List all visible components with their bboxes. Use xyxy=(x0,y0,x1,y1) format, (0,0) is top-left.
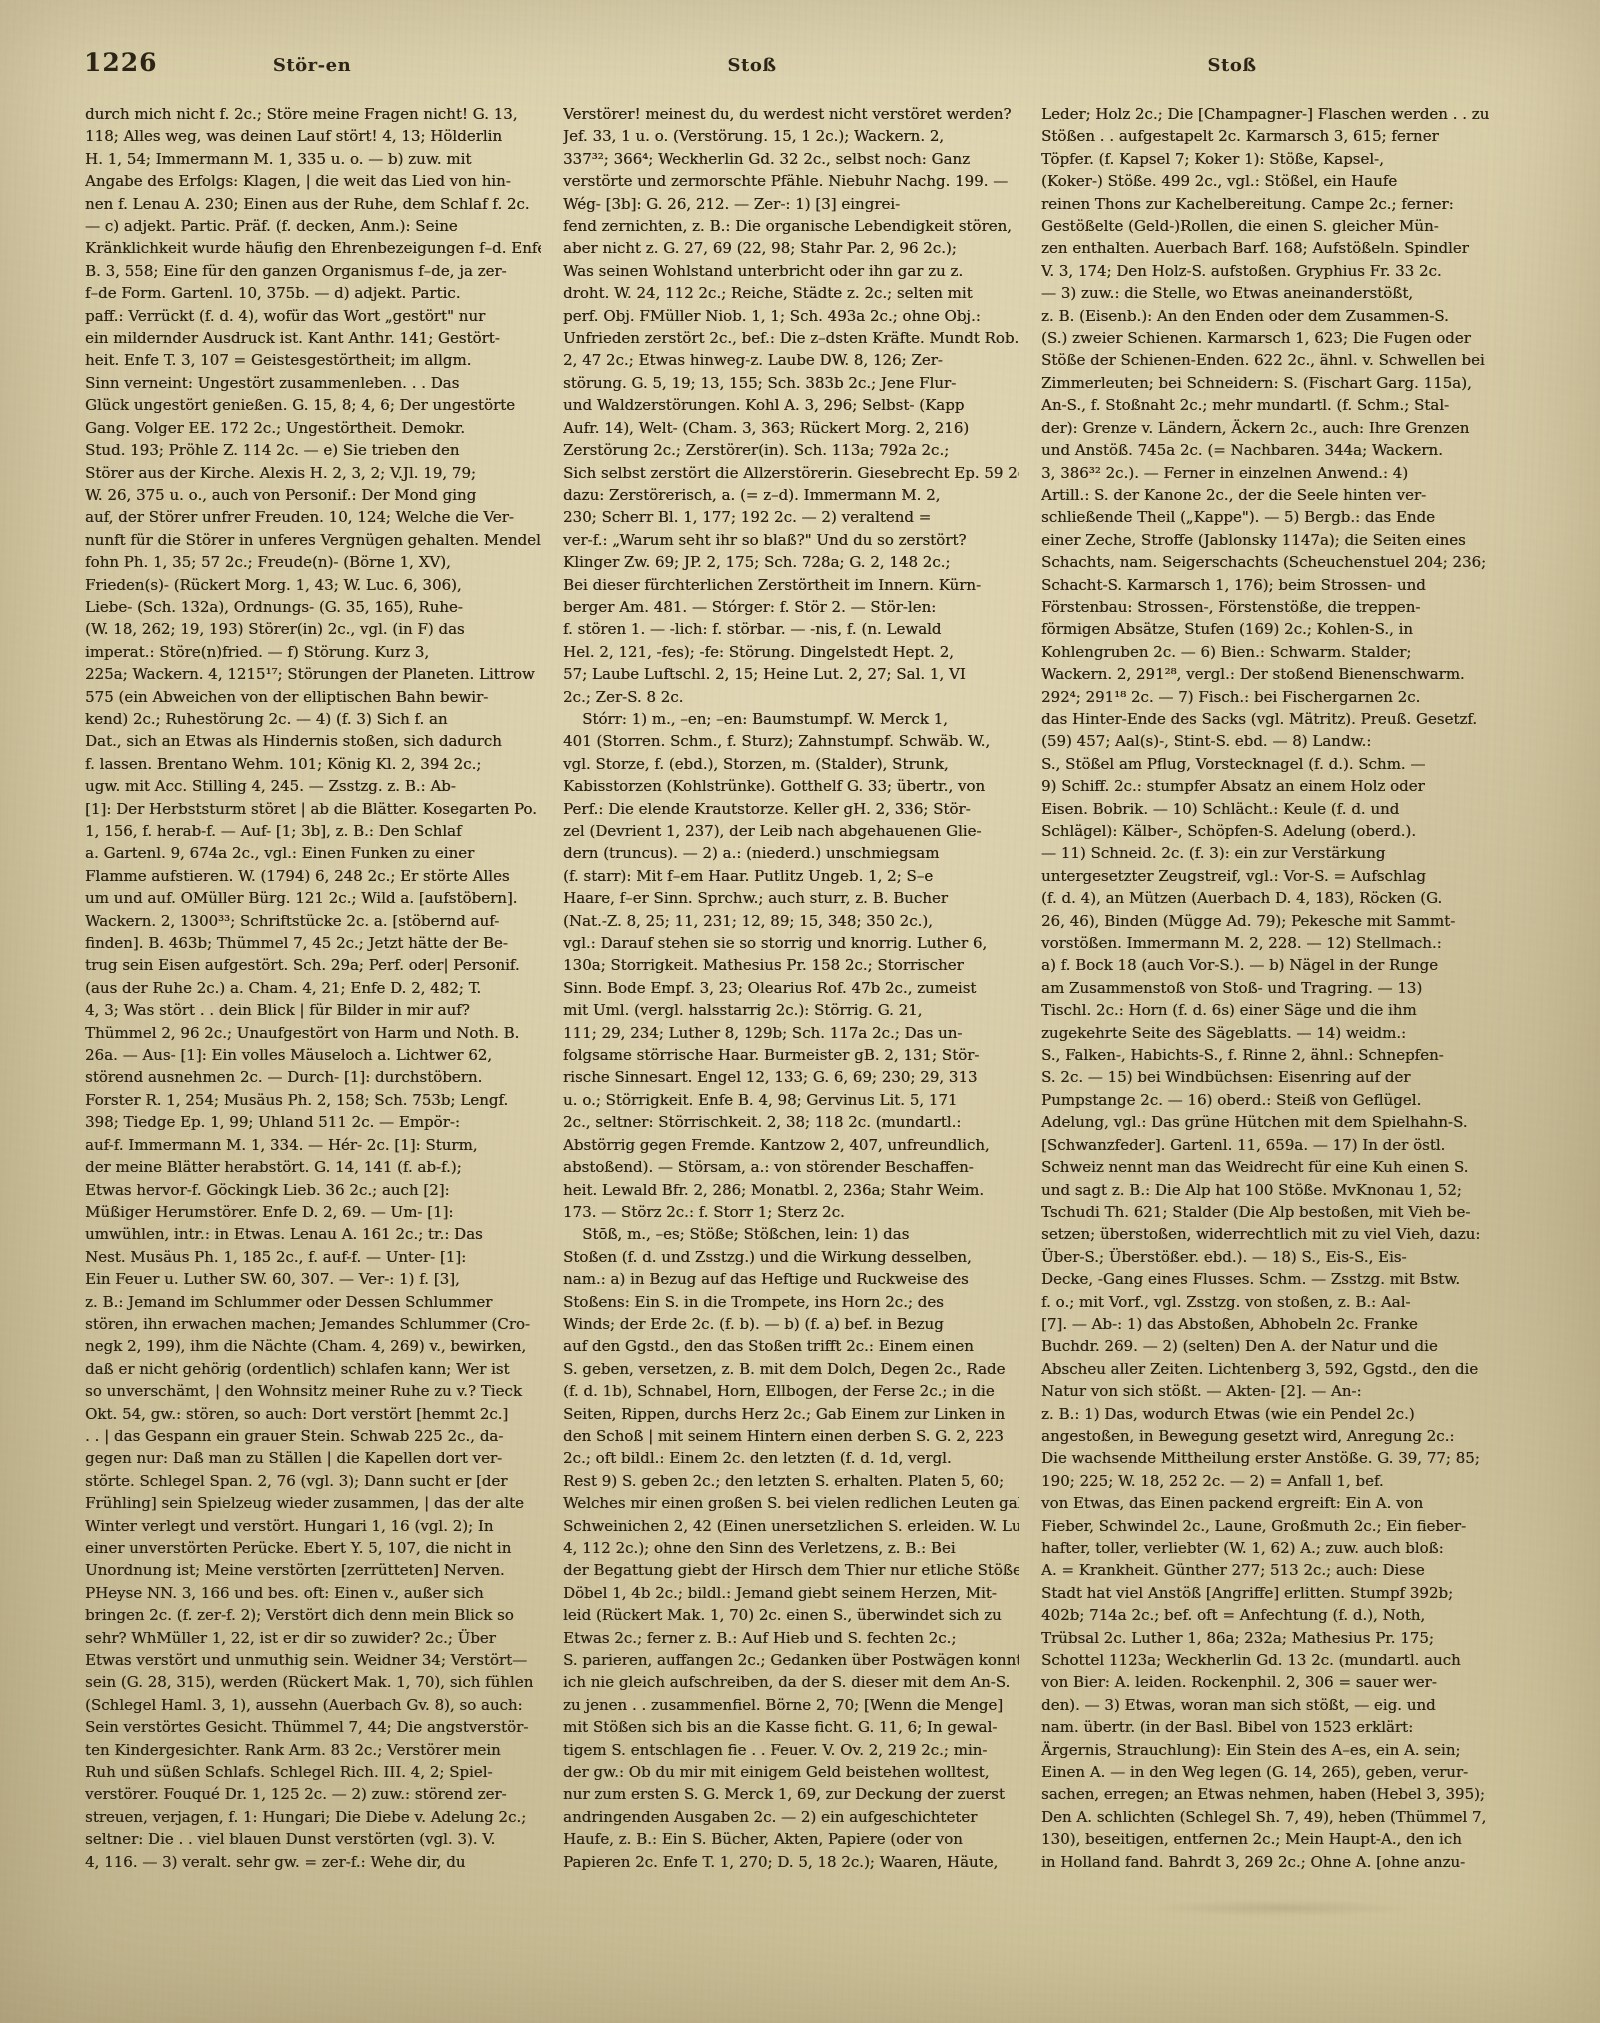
text-line: folgsame störrische Haar. Burmeister gB.… xyxy=(563,1044,1019,1066)
text-line: Frühling] sein Spielzeug wieder zusammen… xyxy=(85,1492,541,1514)
text-line: zugekehrte Seite des Sägeblatts. — 14) w… xyxy=(1041,1022,1497,1044)
text-line: negk 2, 199), ihm die Nächte (Cham. 4, 2… xyxy=(85,1335,541,1357)
text-line: Stórr: 1) m., –en; –en: Baumstumpf. W. M… xyxy=(563,708,1019,730)
text-line: Sinn. Bode Empf. 3, 23; Olearius Rof. 47… xyxy=(563,977,1019,999)
text-line: droht. W. 24, 112 2c.; Reiche, Städte z.… xyxy=(563,282,1019,304)
text-line: H. 1, 54; Immermann M. 1, 335 u. o. — b)… xyxy=(85,148,541,170)
text-line: durch mich nicht f. 2c.; Störe meine Fra… xyxy=(85,103,541,125)
text-line: An-S., f. Stoßnaht 2c.; mehr mundartl. (… xyxy=(1041,394,1497,416)
text-line: Artill.: S. der Kanone 2c., der die Seel… xyxy=(1041,484,1497,506)
text-line: PHeyse NN. 3, 166 und bes. oft: Einen v.… xyxy=(85,1582,541,1604)
text-line: Angabe des Erfolgs: Klagen, | die weit d… xyxy=(85,170,541,192)
text-line: Buchdr. 269. — 2) (selten) Den A. der Na… xyxy=(1041,1335,1497,1357)
text-line: 292⁴; 291¹⁸ 2c. — 7) Fisch.: bei Fischer… xyxy=(1041,686,1497,708)
text-line: Störer aus der Kirche. Alexis H. 2, 3, 2… xyxy=(85,462,541,484)
text-line: (Schlegel Haml. 3, 1), aussehn (Auerbach… xyxy=(85,1694,541,1716)
text-line: störend ausnehmen 2c. — Durch- [1]: durc… xyxy=(85,1066,541,1088)
text-line: Etwas 2c.; ferner z. B.: Auf Hieb und S.… xyxy=(563,1627,1019,1649)
text-line: f–de Form. Gartenl. 10, 375b. — d) adjek… xyxy=(85,282,541,304)
text-line: heit. Enfe T. 3, 107 = Geistesgestörthei… xyxy=(85,349,541,371)
text-line: B. 3, 558; Eine für den ganzen Organismu… xyxy=(85,260,541,282)
text-line: tigem S. entschlagen fie . . Feuer. V. O… xyxy=(563,1739,1019,1761)
text-line: Einen A. — in den Weg legen (G. 14, 265)… xyxy=(1041,1761,1497,1783)
text-line: 130a; Storrigkeit. Mathesius Pr. 158 2c.… xyxy=(563,954,1019,976)
text-line: Rest 9) S. geben 2c.; den letzten S. erh… xyxy=(563,1470,1019,1492)
text-line: Haufe, z. B.: Ein S. Bücher, Akten, Papi… xyxy=(563,1828,1019,1850)
text-line: z. B. (Eisenb.): An den Enden oder dem Z… xyxy=(1041,305,1497,327)
text-line: reinen Thons zur Kachelbereitung. Campe … xyxy=(1041,193,1497,215)
text-line: Sein verstörtes Gesicht. Thümmel 7, 44; … xyxy=(85,1716,541,1738)
text-line: Bei dieser fürchterlichen Zerstörtheit i… xyxy=(563,574,1019,596)
text-line: Ruh und süßen Schlafs. Schlegel Rich. II… xyxy=(85,1761,541,1783)
text-line: Papieren 2c. Enfe T. 1, 270; D. 5, 18 2c… xyxy=(563,1851,1019,1873)
text-line: Stößen . . aufgestapelt 2c. Karmarsch 3,… xyxy=(1041,125,1497,147)
text-line: A. = Krankheit. Günther 277; 513 2c.; au… xyxy=(1041,1559,1497,1581)
text-line: 190; 225; W. 18, 252 2c. — 2) = Anfall 1… xyxy=(1041,1470,1497,1492)
text-line: kend) 2c.; Ruhestörung 2c. — 4) (f. 3) S… xyxy=(85,708,541,730)
text-line: (aus der Ruhe 2c.) a. Cham. 4, 21; Enfe … xyxy=(85,977,541,999)
text-line: Töpfer. (f. Kapsel 7; Koker 1): Stöße, K… xyxy=(1041,148,1497,170)
text-line: Unordnung ist; Meine verstörten [zerrütt… xyxy=(85,1559,541,1581)
text-line: 2c.; Zer-S. 8 2c. xyxy=(563,686,1019,708)
text-line: 337³²; 366⁴; Weckherlin Gd. 32 2c., selb… xyxy=(563,148,1019,170)
text-line: nen f. Lenau A. 230; Einen aus der Ruhe,… xyxy=(85,193,541,215)
text-line: hafter, toller, verliebter (W. 1, 62) A.… xyxy=(1041,1537,1497,1559)
text-column-2: Verstörer! meinest du, du werdest nicht … xyxy=(563,103,1019,1873)
text-line: 398; Tiedge Ep. 1, 99; Uhland 511 2c. — … xyxy=(85,1111,541,1133)
text-line: heit. Lewald Bfr. 2, 286; Monatbl. 2, 23… xyxy=(563,1179,1019,1201)
text-line: Gestößelte (Geld-)Rollen, die einen S. g… xyxy=(1041,215,1497,237)
text-line: Etwas hervor-f. Göckingk Lieb. 36 2c.; a… xyxy=(85,1179,541,1201)
text-line: ugw. mit Acc. Stilling 4, 245. — Zsstzg.… xyxy=(85,775,541,797)
text-line: Forster R. 1, 254; Musäus Ph. 2, 158; Sc… xyxy=(85,1089,541,1111)
text-line: Über-S.; Überstößer. ebd.). — 18) S., Ei… xyxy=(1041,1246,1497,1268)
text-line: Förstenbau: Strossen-, Förstenstöße, die… xyxy=(1041,596,1497,618)
text-line: andringenden Ausgaben 2c. — 2) ein aufge… xyxy=(563,1806,1019,1828)
text-line: dazu: Zerstörerisch, a. (= z–d). Immerma… xyxy=(563,484,1019,506)
text-line: untergesetzter Zeugstreif, vgl.: Vor-S. … xyxy=(1041,865,1497,887)
text-line: Thümmel 2, 96 2c.; Unaufgestört von Harm… xyxy=(85,1022,541,1044)
text-line: Etwas verstört und unmuthig sein. Weidne… xyxy=(85,1649,541,1671)
text-line: zel (Devrient 1, 237), der Leib nach abg… xyxy=(563,820,1019,842)
text-line: (W. 18, 262; 19, 193) Störer(in) 2c., vg… xyxy=(85,618,541,640)
text-line: paff.: Verrückt (f. d. 4), wofür das Wor… xyxy=(85,305,541,327)
text-line: Winter verlegt und verstört. Hungari 1, … xyxy=(85,1515,541,1537)
text-line: Flamme aufstieren. W. (1794) 6, 248 2c.;… xyxy=(85,865,541,887)
ink-show-through xyxy=(1150,1900,1410,1916)
text-line: nur zum ersten S. G. Merck 1, 69, zur De… xyxy=(563,1783,1019,1805)
text-block: durch mich nicht f. 2c.; Störe meine Fra… xyxy=(85,103,1517,1873)
text-line: f. stören 1. — -lich: f. störbar. — -nis… xyxy=(563,618,1019,640)
text-line: trug sein Eisen aufgestört. Sch. 29a; Pe… xyxy=(85,954,541,976)
text-line: Stöße der Schienen-Enden. 622 2c., ähnl.… xyxy=(1041,349,1497,371)
text-line: Müßiger Herumstörer. Enfe D. 2, 69. — Um… xyxy=(85,1201,541,1223)
text-line: (Nat.-Z. 8, 25; 11, 231; 12, 89; 15, 348… xyxy=(563,910,1019,932)
text-line: — c) adjekt. Partic. Präf. (f. decken, A… xyxy=(85,215,541,237)
text-line: S. parieren, auffangen 2c.; Gedanken übe… xyxy=(563,1649,1019,1671)
text-line: Eisen. Bobrik. — 10) Schlächt.: Keule (f… xyxy=(1041,798,1497,820)
text-line: Schlägel): Kälber-, Schöpfen-S. Adelung … xyxy=(1041,820,1497,842)
text-line: nam.: a) in Bezug auf das Heftige und Ru… xyxy=(563,1268,1019,1290)
text-line: [7]. — Ab-: 1) das Abstoßen, Abhobeln 2c… xyxy=(1041,1313,1497,1335)
text-line: V. 3, 174; Den Holz-S. aufstoßen. Gryphi… xyxy=(1041,260,1497,282)
text-line: Kohlengruben 2c. — 6) Bien.: Schwarm. St… xyxy=(1041,641,1497,663)
text-line: 230; Scherr Bl. 1, 177; 192 2c. — 2) ver… xyxy=(563,506,1019,528)
running-head-right: Stoß xyxy=(1208,55,1257,76)
text-line: Stoßens: Ein S. in die Trompete, ins Hor… xyxy=(563,1291,1019,1313)
text-line: und Anstöß. 745a 2c. (= Nachbaren. 344a;… xyxy=(1041,439,1497,461)
text-line: Dat., sich an Etwas als Hindernis stoßen… xyxy=(85,730,541,752)
text-line: 26, 46), Binden (Mügge Ad. 79); Pekesche… xyxy=(1041,910,1497,932)
text-line: Fieber, Schwindel 2c., Laune, Großmuth 2… xyxy=(1041,1515,1497,1537)
text-line: Seiten, Rippen, durchs Herz 2c.; Gab Ein… xyxy=(563,1403,1019,1425)
text-line: Ein Feuer u. Luther SW. 60, 307. — Ver-:… xyxy=(85,1268,541,1290)
text-line: fohn Ph. 1, 35; 57 2c.; Freude(n)- (Börn… xyxy=(85,551,541,573)
text-line: von Etwas, das Einen packend ergreift: E… xyxy=(1041,1492,1497,1514)
text-line: sein (G. 28, 315), werden (Rückert Mak. … xyxy=(85,1671,541,1693)
text-line: a. Gartenl. 9, 674a 2c., vgl.: Einen Fun… xyxy=(85,842,541,864)
text-line: (59) 457; Aal(s)-, Stint-S. ebd. — 8) La… xyxy=(1041,730,1497,752)
text-line: Leder; Holz 2c.; Die [Champagner-] Flasc… xyxy=(1041,103,1497,125)
text-line: Abscheu aller Zeiten. Lichtenberg 3, 592… xyxy=(1041,1358,1497,1380)
text-line: Verstörer! meinest du, du werdest nicht … xyxy=(563,103,1019,125)
text-line: 9) Schiff. 2c.: stumpfer Absatz an einem… xyxy=(1041,775,1497,797)
running-head-left: Stör-en xyxy=(273,55,351,76)
text-line: leid (Rückert Mak. 1, 70) 2c. einen S., … xyxy=(563,1604,1019,1626)
text-line: Wackern. 2, 291²⁸, vergl.: Der stoßend B… xyxy=(1041,663,1497,685)
text-line: Kränklichkeit wurde häufig den Ehrenbeze… xyxy=(85,237,541,259)
text-line: 57; Laube Luftschl. 2, 15; Heine Lut. 2,… xyxy=(563,663,1019,685)
text-line: stören, ihn erwachen machen; Jemandes Sc… xyxy=(85,1313,541,1335)
text-line: Perf.: Die elende Krautstorze. Keller gH… xyxy=(563,798,1019,820)
text-line: umwühlen, intr.: in Etwas. Lenau A. 161 … xyxy=(85,1223,541,1245)
text-line: Den A. schlichten (Schlegel Sh. 7, 49), … xyxy=(1041,1806,1497,1828)
text-line: imperat.: Störe(n)fried. — f) Störung. K… xyxy=(85,641,541,663)
text-line: einer unverstörten Perücke. Ebert Y. 5, … xyxy=(85,1537,541,1559)
text-line: auf den Ggstd., den das Stoßen trifft 2c… xyxy=(563,1335,1019,1357)
text-line: Sich selbst zerstört die Allzerstörerin.… xyxy=(563,462,1019,484)
text-line: das Hinter-Ende des Sacks (vgl. Mätritz)… xyxy=(1041,708,1497,730)
text-line: Stadt hat viel Anstöß [Angriffe] erlitte… xyxy=(1041,1582,1497,1604)
text-line: Aufr. 14), Welt- (Cham. 3, 363; Rückert … xyxy=(563,417,1019,439)
text-line: störung. G. 5, 19; 13, 155; Sch. 383b 2c… xyxy=(563,372,1019,394)
text-line: mit Uml. (vergl. halsstarrig 2c.): Störr… xyxy=(563,999,1019,1021)
text-line: 2c.; oft bildl.: Einem 2c. den letzten (… xyxy=(563,1447,1019,1469)
text-line: streuen, verjagen, f. 1: Hungari; Die Di… xyxy=(85,1806,541,1828)
text-line: Zerstörung 2c.; Zerstörer(in). Sch. 113a… xyxy=(563,439,1019,461)
running-head-center: Stoß xyxy=(728,55,777,76)
text-line: Hel. 2, 121, -fes); -fe: Störung. Dingel… xyxy=(563,641,1019,663)
text-line: Abstörrig gegen Fremde. Kantzow 2, 407, … xyxy=(563,1134,1019,1156)
text-line: Die wachsende Mittheilung erster Anstöße… xyxy=(1041,1447,1497,1469)
text-line: 173. — Störz 2c.: f. Storr 1; Sterz 2c. xyxy=(563,1201,1019,1223)
text-line: z. B.: Jemand im Schlummer oder Dessen S… xyxy=(85,1291,541,1313)
text-line: bringen 2c. (f. zer-f. 2); Verstört dich… xyxy=(85,1604,541,1626)
text-line: abstoßend). — Störsam, a.: von störender… xyxy=(563,1156,1019,1178)
text-line: Stoßen (f. d. und Zsstzg.) und die Wirku… xyxy=(563,1246,1019,1268)
text-line: — 3) zuw.: die Stelle, wo Etwas aneinand… xyxy=(1041,282,1497,304)
text-line: (f. d. 4), an Mützen (Auerbach D. 4, 183… xyxy=(1041,887,1497,909)
text-line: 2c., seltner: Störrischkeit. 2, 38; 118 … xyxy=(563,1111,1019,1133)
text-line: Trübsal 2c. Luther 1, 86a; 232a; Mathesi… xyxy=(1041,1627,1497,1649)
text-line: Schweiz nennt man das Weidrecht für eine… xyxy=(1041,1156,1497,1178)
text-line: sachen, erregen; an Etwas nehmen, haben … xyxy=(1041,1783,1497,1805)
text-line: den Schoß | mit seinem Hintern einen der… xyxy=(563,1425,1019,1447)
text-line: 225a; Wackern. 4, 1215¹⁷; Störungen der … xyxy=(85,663,541,685)
text-line: Wég- [3b]: G. 26, 212. — Zer-: 1) [3] ei… xyxy=(563,193,1019,215)
text-line: Gang. Volger EE. 172 2c.; Ungestörtheit.… xyxy=(85,417,541,439)
text-line: Was seinen Wohlstand unterbricht oder ih… xyxy=(563,260,1019,282)
text-line: daß er nicht gehörig (ordentlich) schlaf… xyxy=(85,1358,541,1380)
text-line: S., Stößel am Pflug, Vorstecknagel (f. d… xyxy=(1041,753,1497,775)
text-line: vgl. Storze, f. (ebd.), Storzen, m. (Sta… xyxy=(563,753,1019,775)
text-line: der meine Blätter herabstört. G. 14, 141… xyxy=(85,1156,541,1178)
text-line: am Zusammenstoß von Stoß- und Tragring. … xyxy=(1041,977,1497,999)
text-line: und sagt z. B.: Die Alp hat 100 Stöße. M… xyxy=(1041,1179,1497,1201)
text-line: Haare, f–er Sinn. Sprchw.; auch sturr, z… xyxy=(563,887,1019,909)
text-line: Welches mir einen großen S. bei vielen r… xyxy=(563,1492,1019,1514)
text-line: f. o.; mit Vorf., vgl. Zsstzg. von stoße… xyxy=(1041,1291,1497,1313)
text-line: Zimmerleuten; bei Schneidern: S. (Fischa… xyxy=(1041,372,1497,394)
text-line: 402b; 714a 2c.; bef. oft = Anfechtung (f… xyxy=(1041,1604,1497,1626)
text-line: aber nicht z. G. 27, 69 (22, 98; Stahr P… xyxy=(563,237,1019,259)
text-line: seltner: Die . . viel blauen Dunst verst… xyxy=(85,1828,541,1850)
text-line: Winds; der Erde 2c. (f. b). — b) (f. a) … xyxy=(563,1313,1019,1335)
text-line: 4, 116. — 3) veralt. sehr gw. = zer-f.: … xyxy=(85,1851,541,1873)
text-line: Tschudi Th. 621; Stalder (Die Alp bestoß… xyxy=(1041,1201,1497,1223)
text-line: gegen nur: Daß man zu Ställen | die Kape… xyxy=(85,1447,541,1469)
text-line: 4, 112 2c.); ohne den Sinn des Verletzen… xyxy=(563,1537,1019,1559)
text-line: der Begattung giebt der Hirsch dem Thier… xyxy=(563,1559,1019,1581)
text-line: S. geben, versetzen, z. B. mit dem Dolch… xyxy=(563,1358,1019,1380)
text-line: Ärgernis, Strauchlung): Ein Stein des A–… xyxy=(1041,1739,1497,1761)
text-line: nam. übertr. (in der Basl. Bibel von 152… xyxy=(1041,1716,1497,1738)
text-line: S., Falken-, Habichts-S., f. Rinne 2, äh… xyxy=(1041,1044,1497,1066)
text-line: 3, 386³² 2c.). — Ferner in einzelnen Anw… xyxy=(1041,462,1497,484)
text-line: 1, 156, f. herab-f. — Auf- [1; 3b], z. B… xyxy=(85,820,541,842)
text-line: rische Sinnesart. Engel 12, 133; G. 6, 6… xyxy=(563,1066,1019,1088)
text-line: (Koker-) Stöße. 499 2c., vgl.: Stößel, e… xyxy=(1041,170,1497,192)
text-line: finden]. B. 463b; Thümmel 7, 45 2c.; Jet… xyxy=(85,932,541,954)
text-line: förmigen Absätze, Stufen (169) 2c.; Kohl… xyxy=(1041,618,1497,640)
text-line: 4, 3; Was stört . . dein Blick | für Bil… xyxy=(85,999,541,1021)
text-line: ten Kindergesichter. Rank Arm. 83 2c.; V… xyxy=(85,1739,541,1761)
text-line: (S.) zweier Schienen. Karmarsch 1, 623; … xyxy=(1041,327,1497,349)
text-line: S. 2c. — 15) bei Windbüchsen: Eisenring … xyxy=(1041,1066,1497,1088)
text-line: (f. d. 1b), Schnabel, Horn, Ellbogen, de… xyxy=(563,1380,1019,1402)
text-line: Nest. Musäus Ph. 1, 185 2c., f. auf-f. —… xyxy=(85,1246,541,1268)
text-line: zu jenen . . zusammenfiel. Börne 2, 70; … xyxy=(563,1694,1019,1716)
text-column-3: Leder; Holz 2c.; Die [Champagner-] Flasc… xyxy=(1041,103,1497,1873)
text-line: u. o.; Störrigkeit. Enfe B. 4, 98; Gervi… xyxy=(563,1089,1019,1111)
text-line: Stōß, m., –es; Stöße; Stößchen, lein: 1)… xyxy=(563,1223,1019,1245)
text-line: Klinger Zw. 69; JP. 2, 175; Sch. 728a; G… xyxy=(563,551,1019,573)
text-line: ich nie gleich aufschreiben, da der S. d… xyxy=(563,1671,1019,1693)
text-line: auf, der Störer unfrer Freuden. 10, 124;… xyxy=(85,506,541,528)
text-line: nunft für die Störer in unferes Vergnüge… xyxy=(85,529,541,551)
text-line: Tischl. 2c.: Horn (f. d. 6s) einer Säge … xyxy=(1041,999,1497,1021)
text-line: verstörte und zermorschte Pfähle. Niebuh… xyxy=(563,170,1019,192)
text-line: — 11) Schneid. 2c. (f. 3): ein zur Verst… xyxy=(1041,842,1497,864)
text-line: ver-f.: „Warum seht ihr so blaß?" Und du… xyxy=(563,529,1019,551)
text-line: auf-f. Immermann M. 1, 334. — Hér- 2c. [… xyxy=(85,1134,541,1156)
page-number: 1226 xyxy=(84,48,158,77)
text-line: Döbel 1, 4b 2c.; bildl.: Jemand giebt se… xyxy=(563,1582,1019,1604)
text-line: Pumpstange 2c. — 16) oberd.: Steiß von G… xyxy=(1041,1089,1497,1111)
text-line: Liebe- (Sch. 132a), Ordnungs- (G. 35, 16… xyxy=(85,596,541,618)
text-line: Unfrieden zerstört 2c., bef.: Die z–dste… xyxy=(563,327,1019,349)
text-line: von Bier: A. leiden. Rockenphil. 2, 306 … xyxy=(1041,1671,1497,1693)
text-line: a) f. Bock 18 (auch Vor-S.). — b) Nägel … xyxy=(1041,954,1497,976)
text-line: vgl.: Darauf stehen sie so storrig und k… xyxy=(563,932,1019,954)
text-line: Sinn verneint: Ungestört zusammenleben. … xyxy=(85,372,541,394)
text-line: 401 (Storren. Schm., f. Sturz); Zahnstum… xyxy=(563,730,1019,752)
text-line: vorstößen. Immermann M. 2, 228. — 12) St… xyxy=(1041,932,1497,954)
text-line: und Waldzerstörungen. Kohl A. 3, 296; Se… xyxy=(563,394,1019,416)
text-line: sehr? WhMüller 1, 22, ist er dir so zuwi… xyxy=(85,1627,541,1649)
text-line: Okt. 54, gw.: stören, so auch: Dort vers… xyxy=(85,1403,541,1425)
text-line: dern (truncus). — 2) a.: (niederd.) unsc… xyxy=(563,842,1019,864)
text-line: Jef. 33, 1 u. o. (Verstörung. 15, 1 2c.)… xyxy=(563,125,1019,147)
text-line: der gw.: Ob du mir mit einigem Geld beis… xyxy=(563,1761,1019,1783)
text-line: . . | das Gespann ein grauer Stein. Schw… xyxy=(85,1425,541,1447)
text-line: einer Zeche, Stroffe (Jablonsky 1147a); … xyxy=(1041,529,1497,551)
text-line: setzen; überstoßen, widerrechtlich mit z… xyxy=(1041,1223,1497,1245)
text-line: Decke, -Gang eines Flusses. Schm. — Zsst… xyxy=(1041,1268,1497,1290)
text-line: Schottel 1123a; Weckherlin Gd. 13 2c. (m… xyxy=(1041,1649,1497,1671)
text-line: zen enthalten. Auerbach Barf. 168; Aufst… xyxy=(1041,237,1497,259)
text-line: 118; Alles weg, was deinen Lauf stört! 4… xyxy=(85,125,541,147)
text-line: in Holland fand. Bahrdt 3, 269 2c.; Ohne… xyxy=(1041,1851,1497,1873)
text-line: schließende Theil („Kappe"). — 5) Bergb.… xyxy=(1041,506,1497,528)
text-line: 2, 47 2c.; Etwas hinweg-z. Laube DW. 8, … xyxy=(563,349,1019,371)
text-line: so unverschämt, | den Wohnsitz meiner Ru… xyxy=(85,1380,541,1402)
text-line: angestoßen, in Bewegung gesetzt wird, An… xyxy=(1041,1425,1497,1447)
text-line: Stud. 193; Pröhle Z. 114 2c. — e) Sie tr… xyxy=(85,439,541,461)
text-line: der): Grenze v. Ländern, Äckern 2c., auc… xyxy=(1041,417,1497,439)
text-line: W. 26, 375 u. o., auch von Personif.: De… xyxy=(85,484,541,506)
text-line: um und auf. OMüller Bürg. 121 2c.; Wild … xyxy=(85,887,541,909)
text-line: fend zernichten, z. B.: Die organische L… xyxy=(563,215,1019,237)
text-line: mit Stößen sich bis an die Kasse ficht. … xyxy=(563,1716,1019,1738)
text-line: den). — 3) Etwas, woran man sich stößt, … xyxy=(1041,1694,1497,1716)
text-line: ein mildernder Ausdruck ist. Kant Anthr.… xyxy=(85,327,541,349)
text-line: störte. Schlegel Span. 2, 76 (vgl. 3); D… xyxy=(85,1470,541,1492)
text-line: [Schwanzfeder]. Gartenl. 11, 659a. — 17)… xyxy=(1041,1134,1497,1156)
text-line: Schacht-S. Karmarsch 1, 176); beim Stros… xyxy=(1041,574,1497,596)
text-line: perf. Obj. FMüller Niob. 1, 1; Sch. 493a… xyxy=(563,305,1019,327)
text-line: z. B.: 1) Das, wodurch Etwas (wie ein Pe… xyxy=(1041,1403,1497,1425)
text-line: Schachts, nam. Seigerschachts (Scheuchen… xyxy=(1041,551,1497,573)
text-line: [1]: Der Herbststurm störet | ab die Blä… xyxy=(85,798,541,820)
text-line: 111; 29, 234; Luther 8, 129b; Sch. 117a … xyxy=(563,1022,1019,1044)
text-line: (f. starr): Mit f–em Haar. Putlitz Ungeb… xyxy=(563,865,1019,887)
text-line: 26a. — Aus- [1]: Ein volles Mäuseloch a.… xyxy=(85,1044,541,1066)
text-line: Schweinichen 2, 42 (Einen unersetzlichen… xyxy=(563,1515,1019,1537)
text-line: Wackern. 2, 1300³³; Schriftstücke 2c. a.… xyxy=(85,910,541,932)
text-line: Adelung, vgl.: Das grüne Hütchen mit dem… xyxy=(1041,1111,1497,1133)
text-line: 575 (ein Abweichen von der elliptischen … xyxy=(85,686,541,708)
text-line: Kabisstorzen (Kohlstrünke). Gotthelf G. … xyxy=(563,775,1019,797)
text-line: verstörer. Fouqué Dr. 1, 125 2c. — 2) zu… xyxy=(85,1783,541,1805)
text-line: Glück ungestört genießen. G. 15, 8; 4, 6… xyxy=(85,394,541,416)
text-line: f. lassen. Brentano Wehm. 101; König Kl.… xyxy=(85,753,541,775)
text-column-1: durch mich nicht f. 2c.; Störe meine Fra… xyxy=(85,103,541,1873)
text-line: 130), beseitigen, entfernen 2c.; Mein Ha… xyxy=(1041,1828,1497,1850)
text-line: Natur von sich stößt. — Akten- [2]. — An… xyxy=(1041,1380,1497,1402)
text-line: Frieden(s)- (Rückert Morg. 1, 43; W. Luc… xyxy=(85,574,541,596)
text-line: berger Am. 481. — Stórger: f. Stör 2. — … xyxy=(563,596,1019,618)
